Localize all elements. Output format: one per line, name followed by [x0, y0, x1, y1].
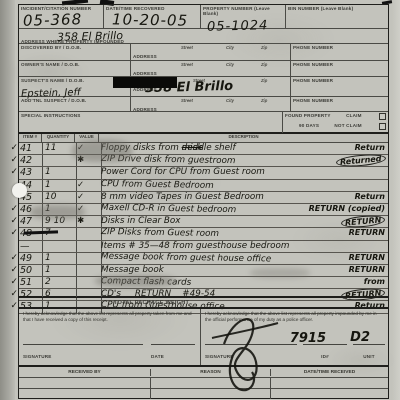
- total-weight-label: TOTAL PACKAGE WEIGHT: [19, 298, 388, 306]
- addtnl-phone-field: PHONE NUMBER: [291, 97, 388, 111]
- item-cell: —: [20, 241, 40, 252]
- discovered-by-field: DISCOVERED BY / D.O.B.: [19, 44, 131, 60]
- suspect-name-field: SUSPECT'S NAME / D.O.B. Epstein, Jeff: [19, 77, 131, 96]
- item-cell: ✓: [4, 216, 18, 226]
- suspect-name-label: SUSPECT'S NAME / D.O.B.: [21, 78, 128, 83]
- scan-edge-left: [0, 0, 15, 400]
- item-cell: 43: [20, 167, 40, 178]
- item-cell: 1: [45, 180, 73, 190]
- phone-label: PHONE NUMBER: [293, 45, 386, 50]
- zip-label: Zip: [261, 78, 267, 83]
- item-row: ✓512Compact flash cardsfrom: [19, 277, 388, 289]
- unit-line[interactable]: UNIT: [353, 344, 385, 363]
- item-cell: Items # 35—48 from guesthouse bedroom: [101, 241, 289, 251]
- item-cell: ✱: [77, 216, 97, 226]
- property-number-field: PROPERTY NUMBER (Leave Blank) 05-1024: [201, 5, 286, 28]
- unit-label: UNIT: [363, 354, 375, 359]
- return-notation: RETURN: [349, 228, 385, 237]
- date-recovered-field: DATE/TIME RECOVERED 10-20-05: [104, 5, 201, 28]
- item-row: ✓487ZIP Disks from Guest roomRETURN: [19, 228, 388, 240]
- ack-left: I hereby acknowledge that the above list…: [19, 309, 201, 365]
- phone-label: PHONE NUMBER: [293, 98, 386, 103]
- return-notation: from: [364, 277, 385, 286]
- return-notation: Returned: [335, 153, 385, 168]
- item-cell: ✓: [4, 204, 18, 214]
- item-cell: 10: [45, 192, 73, 202]
- datetime-cell[interactable]: [271, 378, 388, 388]
- item-row: ✓431Power Cord for CPU from Guest room: [19, 167, 388, 179]
- city-label: City: [226, 62, 234, 67]
- ack-left-text: I hereby acknowledge that the above list…: [23, 311, 196, 323]
- item-cell: ✓: [4, 265, 18, 275]
- id-line[interactable]: ID#: [303, 344, 347, 363]
- street-label: Street: [181, 98, 193, 103]
- scan-smudge: [250, 268, 310, 278]
- item-cell: ✓: [4, 289, 18, 299]
- return-notation: RETURN: [349, 265, 385, 274]
- datetime-cell[interactable]: [271, 389, 388, 399]
- total-weight-row: TOTAL PACKAGE WEIGHT: [18, 297, 389, 308]
- date-label: DATE: [151, 354, 164, 359]
- address-impounded-value: 358 El Brillo: [57, 29, 123, 44]
- claim-label: CLAIM: [346, 113, 362, 120]
- date-recovered-value: 10-20-05: [112, 10, 188, 29]
- city-label: City: [226, 45, 234, 50]
- item-cell: 41: [20, 143, 40, 154]
- item-row: —Items # 35—48 from guesthouse bedroom: [19, 241, 388, 253]
- found-property-label: FOUND PROPERTY: [285, 113, 331, 120]
- hole-punch: [12, 183, 27, 198]
- item-cell: 51: [20, 277, 40, 288]
- phone-label: PHONE NUMBER: [293, 78, 386, 83]
- scan-smudge: [72, 140, 132, 162]
- item-cell: 42: [20, 155, 40, 166]
- item-cell: ✓: [4, 155, 18, 165]
- signature-line-left[interactable]: SIGNATURE: [23, 344, 143, 363]
- acknowledgment-section: I hereby acknowledge that the above list…: [18, 308, 389, 366]
- bin-number-field: BIN NUMBER (Leave Blank): [286, 5, 388, 28]
- return-notation: Return: [355, 192, 385, 201]
- incident-number-value: 05-368: [23, 10, 83, 30]
- discovered-address-field: ADDRESS Street City Zip: [131, 44, 291, 60]
- scanned-property-receipt: INCIDENT/CITATION NUMBER 05-368 DATE/TIM…: [0, 0, 400, 400]
- item-cell: ✓: [4, 301, 18, 311]
- officer-unit-value: D2: [350, 330, 370, 345]
- street-label: Street: [181, 62, 193, 67]
- zip-label: Zip: [261, 45, 267, 50]
- zip-label: Zip: [261, 62, 267, 67]
- found-property-box: FOUND PROPERTY CLAIM 90 DAYS NOT CLAIM: [283, 112, 388, 133]
- owner-address-field: ADDRESS Street City Zip: [131, 61, 291, 76]
- received-by-header: RECEIVED BY: [19, 369, 151, 376]
- items-rows: ✓4111✓Floppy disks from desk middle shel…: [19, 143, 388, 314]
- zip-label: Zip: [261, 98, 267, 103]
- col-item: ITEM #: [19, 134, 42, 142]
- scan-smudge: [95, 275, 175, 287]
- item-cell: 49: [20, 253, 40, 264]
- item-cell: ✓: [4, 228, 18, 238]
- item-cell: 1: [45, 253, 73, 263]
- received-table: RECEIVED BY REASON DATE/TIME RECEIVED: [18, 366, 389, 399]
- item-row: 4510✓8 mm video Tapes in Guest BedroomRe…: [19, 192, 388, 204]
- received-by-cell[interactable]: [19, 389, 151, 399]
- not-claim-checkbox[interactable]: [379, 123, 386, 130]
- discovered-by-label: DISCOVERED BY / D.O.B.: [21, 45, 128, 50]
- item-cell: 1: [45, 265, 73, 275]
- datetime-received-header: DATE/TIME RECEIVED: [271, 369, 388, 376]
- address-label: ADDRESS: [133, 71, 157, 76]
- date-line[interactable]: DATE: [151, 344, 195, 363]
- item-cell: Message book: [101, 265, 164, 275]
- item-cell: 11: [45, 143, 73, 153]
- not-claim-label: NOT CLAIM: [334, 123, 361, 130]
- item-cell: ✓: [4, 253, 18, 263]
- item-row: ✓501Message bookRETURN: [19, 265, 388, 277]
- item-cell: ✓: [4, 167, 18, 177]
- return-notation: RETURN: [340, 214, 385, 229]
- suspect-phone-field: PHONE NUMBER: [291, 77, 388, 96]
- special-instructions-label: SPECIAL INSTRUCTIONS: [21, 113, 280, 118]
- item-cell: Maxell CD-R in Guest bedroom: [101, 203, 236, 215]
- bin-number-label: BIN NUMBER (Leave Blank): [288, 6, 386, 11]
- scan-smudge: [30, 205, 85, 219]
- signature-label: SIGNATURE: [23, 354, 52, 359]
- item-cell: Message book from guest house office: [101, 251, 271, 264]
- item-cell: ✓: [4, 143, 18, 153]
- addtnl-address-field: ADDRESS Street City Zip: [131, 97, 291, 111]
- item-cell: ✓: [4, 277, 18, 287]
- id-label: ID#: [321, 354, 329, 359]
- phone-label: PHONE NUMBER: [293, 62, 386, 67]
- item-cell: Power Cord for CPU from Guest room: [101, 167, 265, 177]
- owner-phone-field: PHONE NUMBER: [291, 61, 388, 76]
- return-notation: RETURN: [349, 253, 385, 262]
- address-label: ADDRESS: [133, 54, 157, 59]
- item-row: 441✓CPU from Guest Bedroom: [19, 180, 388, 192]
- col-quantity: QUANTITY: [42, 134, 75, 142]
- item-row: ✓491Message book from guest house office…: [19, 253, 388, 265]
- street-label: Street: [181, 45, 193, 50]
- item-cell: ✓: [77, 192, 97, 202]
- claim-checkbox[interactable]: [379, 113, 386, 120]
- addtnl-suspect-label: ADD'TNL SUSPECT / D.O.B.: [21, 98, 128, 103]
- address-impounded-field: ADDRESS WHERE PROPERTY IMPOUNDED 358 El …: [19, 29, 388, 43]
- items-table-header: ITEM # QUANTITY VALUE DESCRIPTION: [19, 134, 388, 143]
- redaction-box: [113, 77, 177, 88]
- item-cell: ✓: [77, 180, 97, 190]
- col-description: DESCRIPTION: [99, 134, 388, 142]
- item-cell: 2: [45, 277, 73, 287]
- header-section: INCIDENT/CITATION NUMBER 05-368 DATE/TIM…: [18, 4, 389, 133]
- item-cell: ZIP Disks from Guest room: [101, 227, 219, 239]
- scan-edge-right: [392, 0, 400, 400]
- item-cell: 1: [45, 167, 73, 177]
- special-instructions-field: SPECIAL INSTRUCTIONS: [19, 112, 283, 133]
- property-number-label: PROPERTY NUMBER (Leave Blank): [203, 6, 283, 16]
- return-notation: Return: [355, 143, 385, 152]
- item-cell: 47: [20, 216, 40, 227]
- signature-scribble: [208, 310, 283, 400]
- received-by-cell[interactable]: [19, 378, 151, 388]
- discovered-phone-field: PHONE NUMBER: [291, 44, 388, 60]
- return-notation: RETURN (copied): [309, 204, 385, 213]
- owner-name-label: OWNER'S NAME / D.O.B.: [21, 62, 128, 67]
- item-cell: Disks in Clear Box: [101, 216, 181, 226]
- addtnl-suspect-field: ADD'TNL SUSPECT / D.O.B.: [19, 97, 131, 111]
- incident-number-field: INCIDENT/CITATION NUMBER 05-368: [19, 5, 104, 28]
- item-cell: CPU from Guest Bedroom: [101, 179, 214, 191]
- item-cell: 8 mm video Tapes in Guest Bedroom: [101, 192, 264, 202]
- owner-name-field: OWNER'S NAME / D.O.B.: [19, 61, 131, 76]
- ninety-days-label: 90 DAYS: [285, 123, 319, 130]
- city-label: City: [226, 98, 234, 103]
- item-cell: 50: [20, 265, 40, 276]
